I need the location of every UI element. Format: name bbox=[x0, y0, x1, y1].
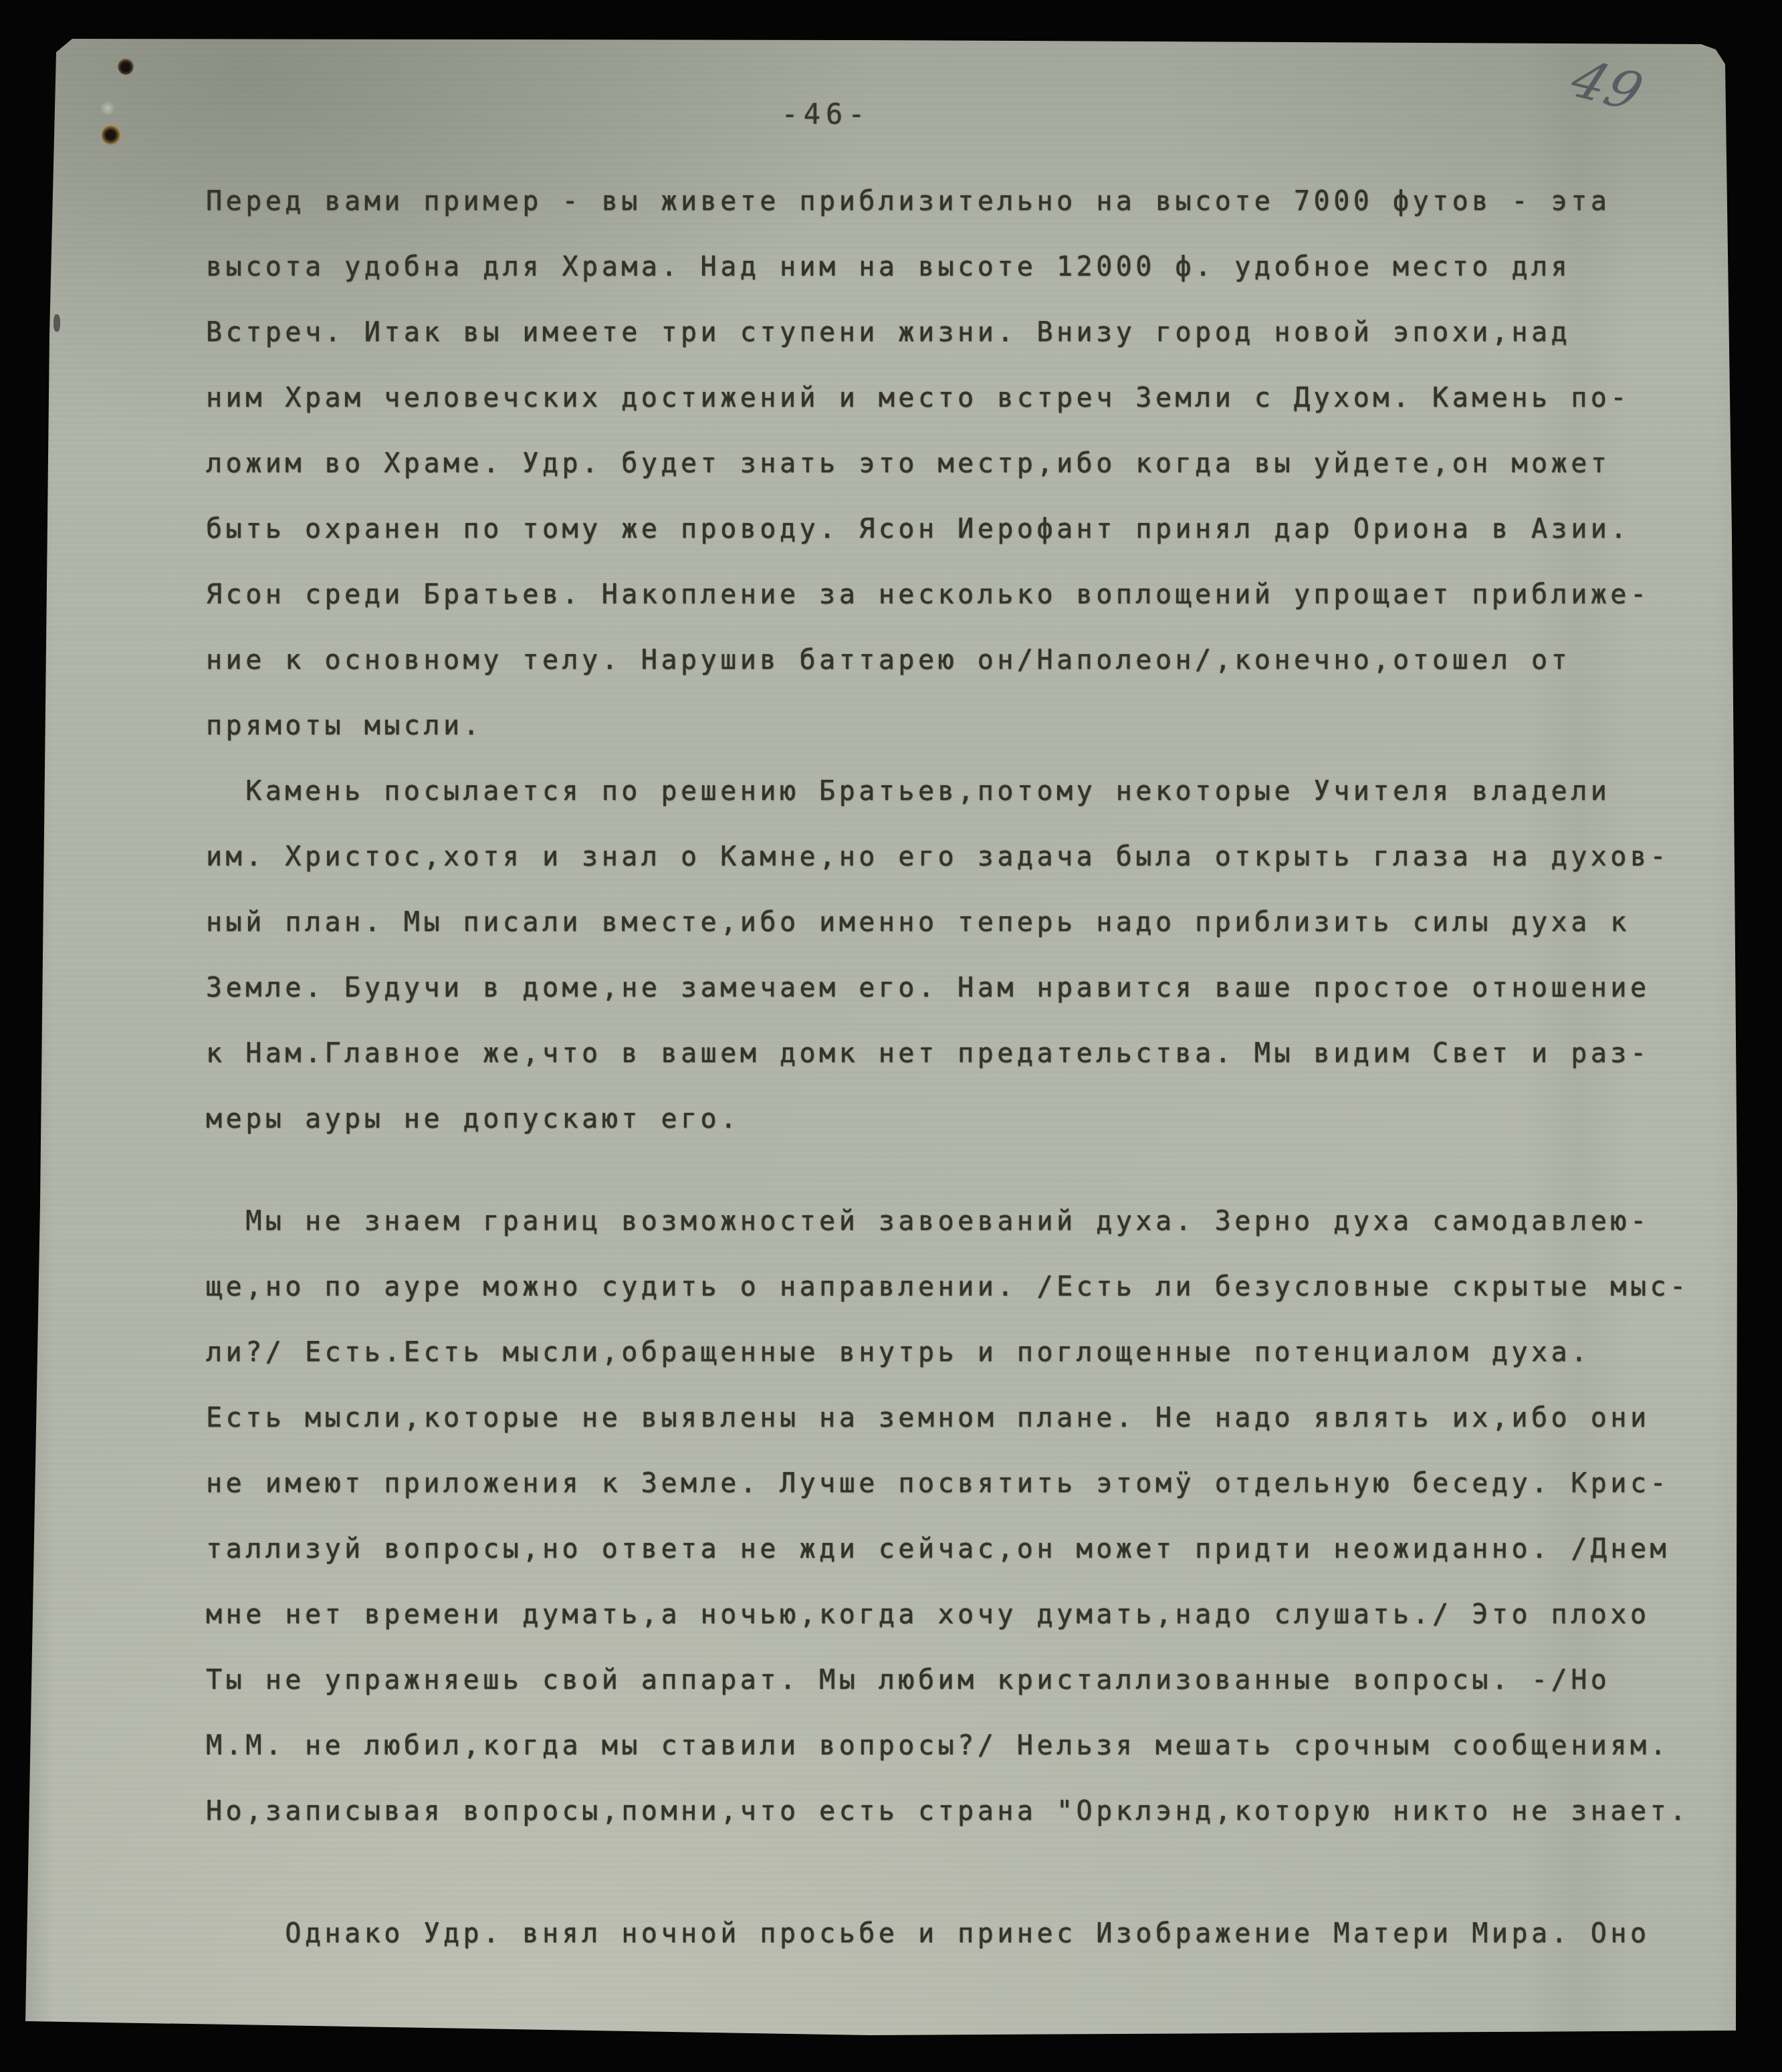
paragraph: Камень посылается по решению Братьев,пот… bbox=[206, 758, 1744, 1152]
paper-sheet: -46- 49 Перед вами пример - вы живете пр… bbox=[0, 0, 1782, 2072]
typed-text-body: Перед вами пример - вы живете приблизите… bbox=[206, 169, 1744, 1966]
typed-line: ще,но по ауре можно судить о направлении… bbox=[206, 1254, 1744, 1320]
edge-speck bbox=[53, 314, 60, 332]
typed-line: быть охранен по тому же проводу. Ясон Ие… bbox=[206, 496, 1744, 562]
typed-line: Ты не упражняешь свой аппарат. Мы любим … bbox=[206, 1647, 1744, 1713]
typed-line: Но,записывая вопросы,помни,что есть стра… bbox=[206, 1778, 1744, 1844]
typed-line: не имеют приложения к Земле. Лучше посвя… bbox=[206, 1451, 1744, 1516]
typed-line: Земле. Будучи в доме,не замечаем его. На… bbox=[206, 955, 1744, 1021]
typed-line: ним Храм человечских достижений и место … bbox=[206, 365, 1744, 431]
typed-line: Перед вами пример - вы живете приблизите… bbox=[206, 169, 1744, 234]
typed-line: ный план. Мы писали вместе,ибо именно те… bbox=[206, 890, 1744, 955]
pinhole-icon bbox=[118, 58, 134, 75]
typed-line: Камень посылается по решению Братьев,пот… bbox=[206, 758, 1744, 824]
typed-line: Есть мысли,которые не выявлены на земном… bbox=[206, 1385, 1744, 1451]
typed-line: Ясон среди Братьев. Накопление за нескол… bbox=[206, 562, 1744, 627]
typed-line: Однако Удр. внял ночной просьбе и принес… bbox=[206, 1901, 1744, 1966]
typed-line: прямоты мысли. bbox=[206, 693, 1744, 758]
scanned-document-page: -46- 49 Перед вами пример - вы живете пр… bbox=[0, 0, 1782, 2072]
typed-line: к Нам.Главное же,что в вашем домк нет пр… bbox=[206, 1021, 1744, 1086]
typed-line: меры ауры не допускают его. bbox=[206, 1086, 1744, 1152]
pinhole-icon bbox=[102, 124, 122, 146]
paper-blemish bbox=[99, 102, 116, 115]
typed-line: им. Христос,хотя и знал о Камне,но его з… bbox=[206, 824, 1744, 890]
typed-line: ложим во Храме. Удр. будет знать это мес… bbox=[206, 431, 1744, 496]
typed-line: таллизуй вопросы,но ответа не жди сейчас… bbox=[206, 1516, 1744, 1582]
typed-line: ние к основному телу. Нарушив баттарею о… bbox=[206, 627, 1744, 693]
typed-line: высота удобна для Храма. Над ним на высо… bbox=[206, 234, 1744, 300]
typed-line: М.М. не любил,когда мы ставили вопросы?/… bbox=[206, 1713, 1744, 1778]
typed-line: мне нет времени думать,а ночью,когда хоч… bbox=[206, 1582, 1744, 1647]
handwritten-page-number: 49 bbox=[1563, 49, 1652, 122]
typed-line: Встреч. Итак вы имеете три ступени жизни… bbox=[206, 300, 1744, 365]
paragraph: Однако Удр. внял ночной просьбе и принес… bbox=[206, 1901, 1744, 1966]
paragraph: Перед вами пример - вы живете приблизите… bbox=[206, 169, 1744, 758]
typed-line: Мы не знаем границ возможностей завоеван… bbox=[206, 1188, 1744, 1254]
paragraph: Мы не знаем границ возможностей завоеван… bbox=[206, 1188, 1744, 1844]
typed-line: ли?/ Есть.Есть мысли,обращенные внутрь и… bbox=[206, 1320, 1744, 1385]
typed-page-number: -46- bbox=[781, 98, 870, 130]
